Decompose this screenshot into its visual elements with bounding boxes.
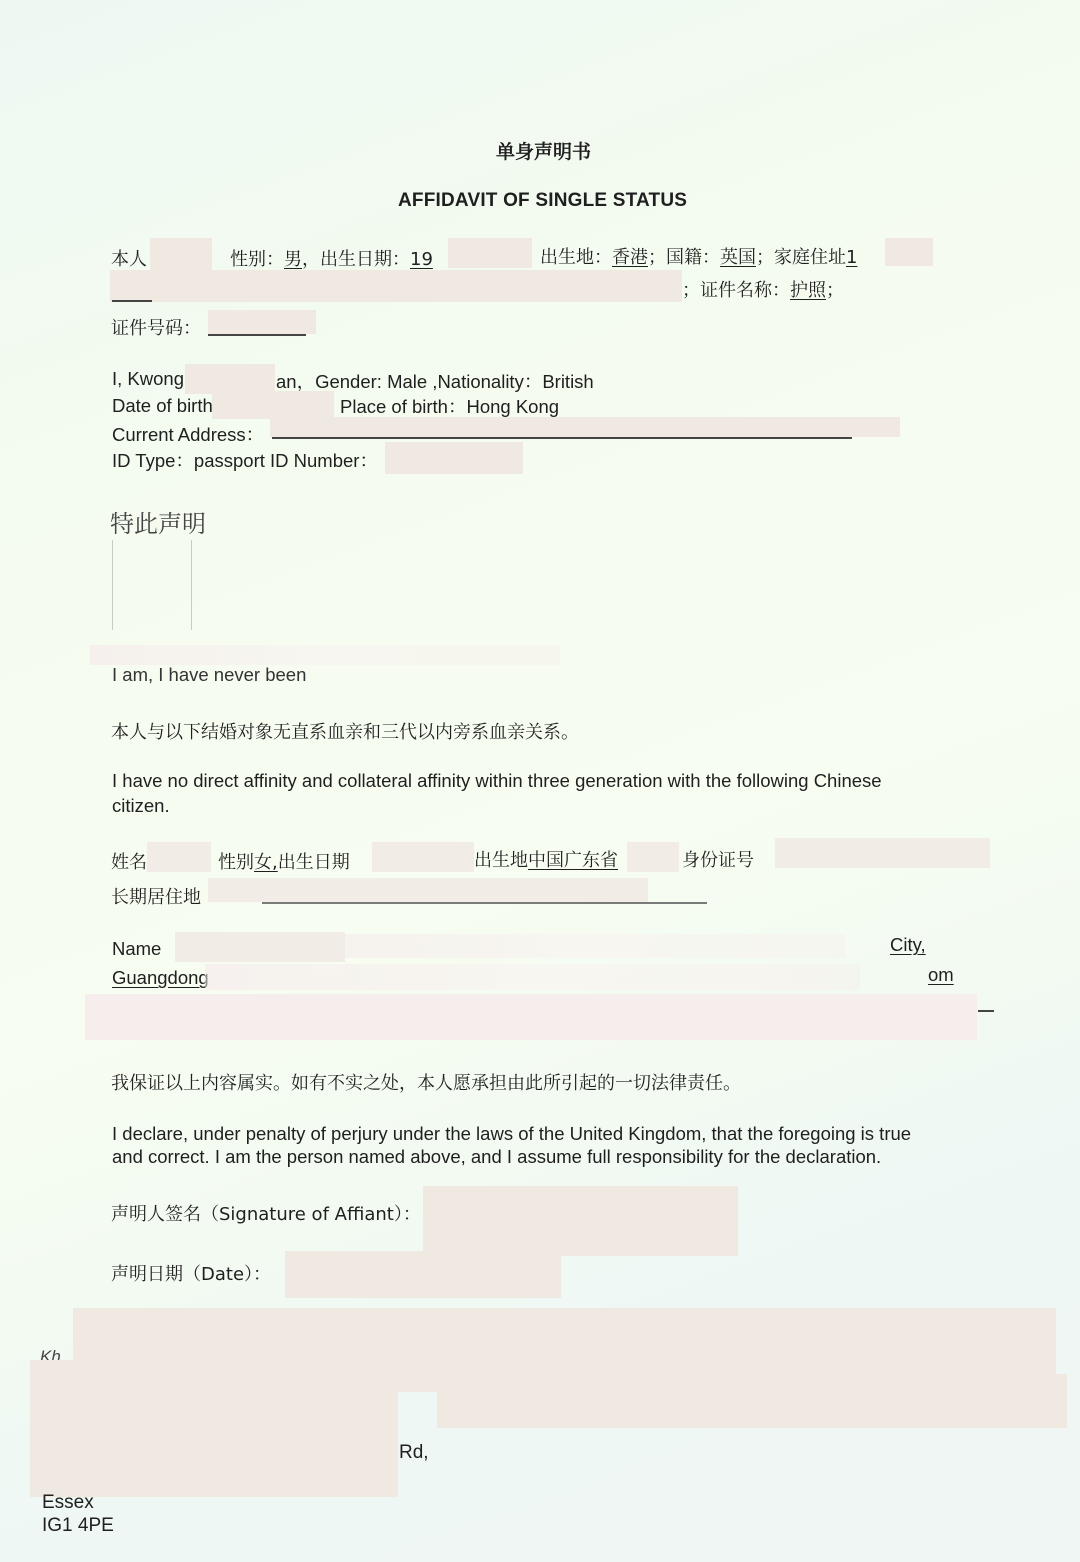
- en-pob: Place of birth：Hong Kong: [340, 393, 559, 419]
- partner-dob-label: 出生日期: [278, 852, 350, 873]
- partner-residence-label: 长期居住地: [111, 883, 201, 909]
- cn-id-type-value: 护照: [790, 280, 826, 301]
- declaration-cn: 我保证以上内容属实。如有不实之处，本人愿承担由此所引起的一切法律责任。: [111, 1069, 741, 1095]
- partner-id-label: 身份证号: [682, 846, 754, 872]
- cn-id-type-label: ；证件名称：: [682, 280, 790, 301]
- partner-pob: 出生地中国广东省: [474, 846, 618, 872]
- redacted-footer-left: [30, 1360, 398, 1497]
- partner-pob-value: 中国广东省: [528, 850, 618, 871]
- redacted-dob-en: [212, 391, 334, 419]
- en-dob-label: Date of birth: [112, 395, 213, 417]
- partner-pob-label: 出生地: [474, 850, 528, 871]
- redacted-address-start-cn: [885, 238, 933, 266]
- cn-pob-label: 出生地：: [540, 247, 612, 268]
- redacted-name-en: [185, 364, 275, 394]
- footer-county: Essex: [42, 1492, 94, 1514]
- partner-en-name-label: Name: [112, 938, 161, 960]
- redacted-partner-address-en: [85, 994, 977, 1040]
- partner-gender-dob: 性别女,出生日期: [218, 848, 350, 874]
- cn-pob-nationality: 出生地：香港；国籍：英国；家庭住址1: [540, 243, 857, 269]
- redacted-partner-name-en: [175, 932, 345, 962]
- cn-gender-value: 男: [284, 249, 302, 270]
- cn-dob-partial: 19: [410, 249, 433, 270]
- no-relation-en-line2: citizen.: [112, 795, 170, 817]
- obscured-text-block: [112, 540, 192, 630]
- en-name-prefix: I, Kwong: [112, 368, 184, 390]
- cn-address-partial: 1: [846, 247, 857, 268]
- cn-name-label: 本人: [111, 245, 147, 271]
- redacted-partner-dob: [372, 842, 474, 872]
- cn-dob-label: ，出生日期：: [302, 249, 410, 270]
- partner-en-province: Guangdong: [112, 967, 209, 989]
- title-chinese: 单身声明书: [496, 137, 591, 164]
- redacted-partner-residence: [208, 878, 648, 902]
- footer-postcode: IG1 4PE: [42, 1515, 114, 1537]
- redacted-name-cn: [150, 238, 212, 270]
- en-address-label: Current Address：: [112, 421, 264, 447]
- cn-gender-label: 性别：: [230, 249, 284, 270]
- partner-gender-label: 性别: [218, 852, 254, 873]
- cn-nationality-value: 英国: [720, 247, 756, 268]
- title-english: AFFIDAVIT OF SINGLE STATUS: [398, 190, 687, 212]
- cn-nationality-label: ；国籍：: [648, 247, 720, 268]
- obscured-band: [90, 645, 560, 665]
- partner-gender-value: 女,: [254, 852, 278, 873]
- obscured-band-3: [205, 964, 860, 990]
- obscured-band-2: [345, 934, 845, 958]
- partner-name-label: 姓名: [111, 848, 147, 874]
- en-id-line: ID Type：passport ID Number：: [112, 447, 378, 473]
- special-statement-cn: 特此声明: [110, 504, 206, 539]
- redacted-date: [285, 1251, 561, 1298]
- redacted-signature: [423, 1186, 738, 1256]
- footer-road-fragment: Rd,: [399, 1442, 429, 1464]
- redacted-dob-cn: [448, 238, 532, 268]
- cn-id-type: ；证件名称：护照；: [682, 276, 844, 302]
- redacted-footer-right: [437, 1374, 1067, 1428]
- cn-id-number-label: 证件号码：: [111, 314, 201, 340]
- cn-id-type-end: ；: [826, 280, 844, 301]
- cn-gender: 性别：男，出生日期：19: [230, 245, 433, 271]
- redacted-id-number-en: [385, 442, 523, 474]
- declaration-en-line1: I declare, under penalty of perjury unde…: [112, 1123, 911, 1145]
- no-relation-en-line1: I have no direct affinity and collateral…: [112, 770, 882, 792]
- single-status-en: I am, I have never been: [112, 664, 306, 686]
- declaration-en-line2: and correct. I am the person named above…: [112, 1146, 881, 1168]
- redacted-partner-city: [627, 842, 679, 872]
- partner-en-city: City,: [890, 934, 926, 956]
- partner-en-com: om: [928, 964, 954, 986]
- no-relation-cn: 本人与以下结婚对象无直系血亲和三代以内旁系血亲关系。: [111, 718, 579, 744]
- redacted-partner-name: [147, 842, 211, 872]
- redacted-partner-id: [775, 838, 990, 868]
- cn-pob-value: 香港: [612, 247, 648, 268]
- redacted-address-cn: [110, 270, 682, 302]
- signature-label: 声明人签名（Signature of Affiant）：: [111, 1200, 421, 1226]
- cn-address-label: ；家庭住址: [756, 247, 846, 268]
- redacted-address-en: [270, 417, 900, 437]
- date-label: 声明日期（Date）：: [111, 1260, 271, 1286]
- redacted-id-number-cn: [208, 310, 316, 334]
